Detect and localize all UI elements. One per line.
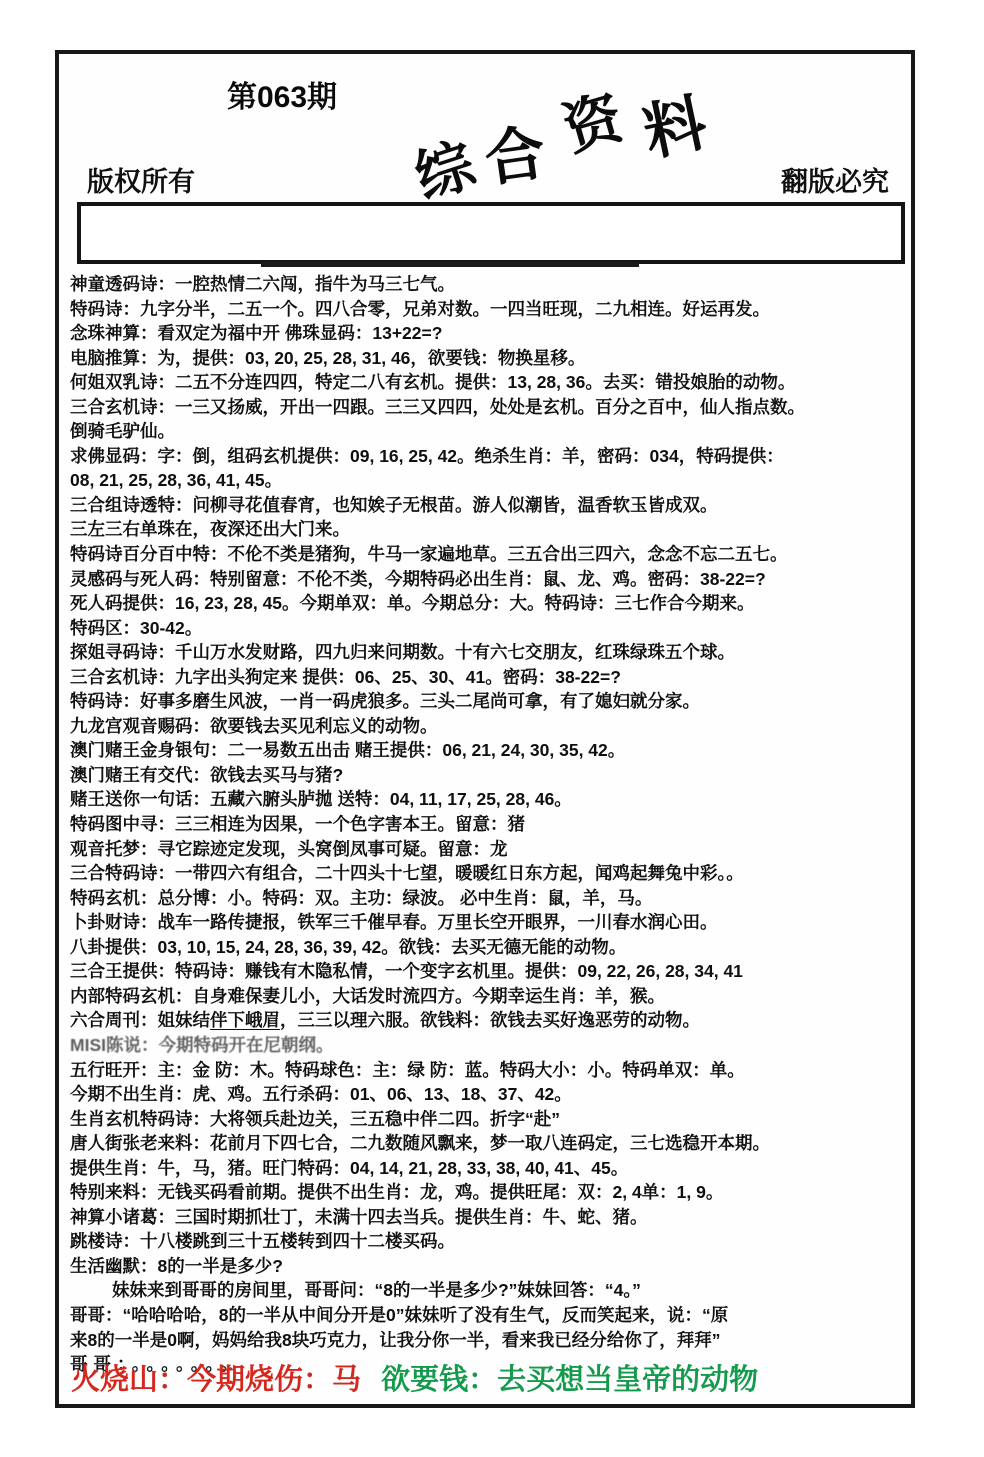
text-line: 何姐双乳诗：二五不分连四四，特定二八有玄机。提供：13, 28, 36。去买：错… [70, 370, 908, 395]
text-line-faded: MISI陈说：今期特码开在尼朝纲。 [70, 1033, 908, 1058]
text-line: 三左三右单珠在，夜深还出大门来。 [70, 517, 908, 542]
text-line: 三合特码诗：一带四六有组合，二十四头十七望，暖暖红日东方起，闻鸡起舞兔中彩。。 [70, 861, 908, 886]
copyright-left: 版权所有 [87, 160, 195, 199]
text-line: 提供生肖：牛，马，猪。旺门特码：04, 14, 21, 28, 33, 38, … [70, 1156, 908, 1181]
text-line: 特码区：30-42。 [70, 616, 908, 641]
text-line: 电脑推算：为，提供：03, 20, 25, 28, 31, 46，欲要钱：物换星… [70, 346, 908, 371]
underlined-text-segment: 伴下峨眉 [210, 1010, 280, 1030]
banner-green-text: 欲要钱：去买想当皇帝的动物 [381, 1364, 758, 1396]
text-line: 神算小诸葛：三国时期抓壮丁，未满十四去当兵。提供生肖：牛、蛇、猪。 [70, 1205, 908, 1230]
text-line: 跳楼诗：十八楼跳到三十五楼转到四十二楼买码。 [70, 1229, 908, 1254]
text-line: 五行旺开：主：金 防：木。特码球色：主：绿 防：蓝。特码大小：小。特码单双：单。 [70, 1058, 908, 1083]
issue-number: 第063期 [227, 72, 337, 116]
text-line: 哥哥：“哈哈哈哈，8的一半从中间分开是0”妹妹听了没有生气，反而笑起来，说：“原 [70, 1303, 908, 1328]
text-segment: ，三三以理六服。欲钱料：欲钱去买好逸恶劳的动物。 [280, 1010, 700, 1030]
text-line: 内部特码玄机：自身难保妻儿小，大话发时流四方。今期幸运生肖：羊，猴。 [70, 984, 908, 1009]
text-line: 特别来料：无钱买码看前期。提供不出生肖：龙，鸡。提供旺尾：双：2, 4单：1, … [70, 1180, 908, 1205]
text-line: 特码图中寻：三三相连为因果，一个色字害本王。留意：猪 [70, 812, 908, 837]
text-line: 九龙宫观音赐码：欲要钱去买见利忘义的动物。 [70, 714, 908, 739]
text-line: 特码诗：好事多磨生风波，一肖一码虎狼多。三头二尾尚可拿，有了媳妇就分家。 [70, 689, 908, 714]
title-char: 综 [403, 117, 484, 215]
text-line: 特码诗：九字分半，二五一个。四八合零，兄弟对数。一四当旺现，二九相连。好运再发。 [70, 297, 908, 322]
text-line: 生活幽默：8的一半是多少? [70, 1254, 908, 1279]
text-segment: 六合周刊：姐妹结 [70, 1010, 210, 1030]
title-char: 资 [552, 70, 631, 167]
text-line: 澳门赌王有交代：欲钱去买马与猪? [70, 763, 908, 788]
banner-red-text: 火烧山：今期烧伤：马 [71, 1364, 361, 1396]
title-char: 合 [479, 105, 550, 199]
text-line: 死人码提供：16, 23, 28, 45。今期单双：单。今期总分：大。特码诗：三… [70, 591, 908, 616]
content-area: 神童透码诗：一腔热情二六闯，指牛为马三七气。 特码诗：九字分半，二五一个。四八合… [70, 272, 908, 1377]
text-line: 求佛显码：字：倒，组码玄机提供：09, 16, 25, 42。绝杀生肖：羊，密码… [70, 444, 908, 469]
text-line: 观音托梦：寻它踪迹定发现，头窝倒凤事可疑。留意：龙 [70, 837, 908, 862]
text-line: 三合玄机诗：一三又扬威，开出一四跟。三三又四四，处处是玄机。百分之百中，仙人指点… [70, 395, 908, 420]
text-line: 三合玄机诗：九字出头狗定来 提供：06、25、30、41。密码：38-22=? [70, 665, 908, 690]
text-line: 来8的一半是0啊，妈妈给我8块巧克力，让我分你一半，看来我已经分给你了，拜拜” [70, 1328, 908, 1353]
text-line: 卜卦财诗：战车一路传捷报，铁军三千催早春。万里长空开眼界，一川春水润心田。 [70, 910, 908, 935]
text-line: 倒骑毛驴仙。 [70, 419, 908, 444]
bottom-banner: 火烧山：今期烧伤：马 欲要钱：去买想当皇帝的动物 [71, 1357, 758, 1398]
text-line: 特码诗百分百中特：不伦不类是猪狗，牛马一家遍地草。三五合出三四六，念念不忘二五七… [70, 542, 908, 567]
text-line: 生肖玄机特码诗：大将领兵赴边关，三五稳中伴二四。折字“赴” [70, 1107, 908, 1132]
text-line: 灵感码与死人码：特别留意：不伦不类，今期特码必出生肖：鼠、龙、鸡。密码：38-2… [70, 567, 908, 592]
text-line: 唐人街张老来料：花前月下四七合，二九数随风飘来，梦一取八连码定，三七选稳开本期。 [70, 1131, 908, 1156]
text-line: 澳门赌王金身银句：二一易数五出击 赌王提供：06, 21, 24, 30, 35… [70, 738, 908, 763]
text-line: 八卦提供：03, 10, 15, 24, 28, 36, 39, 42。欲钱：去… [70, 935, 908, 960]
copyright-right: 翻版必究 [781, 160, 889, 199]
text-line: 念珠神算：看双定为福中开 佛珠显码：13+22=? [70, 321, 908, 346]
text-line: 神童透码诗：一腔热情二六闯，指牛为马三七气。 [70, 272, 908, 297]
text-line: 妹妹来到哥哥的房间里，哥哥问：“8的一半是多少?”妹妹回答：“4。” [70, 1278, 908, 1303]
text-line: 赌王送你一句话：五藏六腑头胪拋 送特：04, 11, 17, 25, 28, 4… [70, 787, 908, 812]
page-frame: 第063期 综 合 资 料 版权所有 翻版必究 神童透码诗：一腔热情二六闯，指牛… [55, 50, 915, 1408]
title-char: 料 [635, 73, 714, 173]
text-line: 三合王提供：特码诗：赚钱有木隐私情，一个变字玄机里。提供：09, 22, 26,… [70, 959, 908, 984]
text-line: 特码玄机：总分博：小。特码：双。主功：绿波。 必中生肖：鼠，羊，马。 [70, 886, 908, 911]
text-line: 探姐寻码诗：千山万水发财路，四九归来问期数。十有六七交朋友，红珠绿珠五个球。 [70, 640, 908, 665]
text-line: 08, 21, 25, 28, 36, 41, 45。 [70, 468, 908, 493]
text-line-underlined: 六合周刊：姐妹结伴下峨眉，三三以理六服。欲钱料：欲钱去买好逸恶劳的动物。 [70, 1008, 908, 1033]
text-line: 今期不出生肖：虎、鸡。五行杀码：01、06、13、18、37、42。 [70, 1082, 908, 1107]
text-line: 三合组诗透特：问柳寻花值春宵，也知娭子无根苗。游人似潮皆，温香软玉皆成双。 [70, 493, 908, 518]
result-box-empty [77, 202, 905, 264]
